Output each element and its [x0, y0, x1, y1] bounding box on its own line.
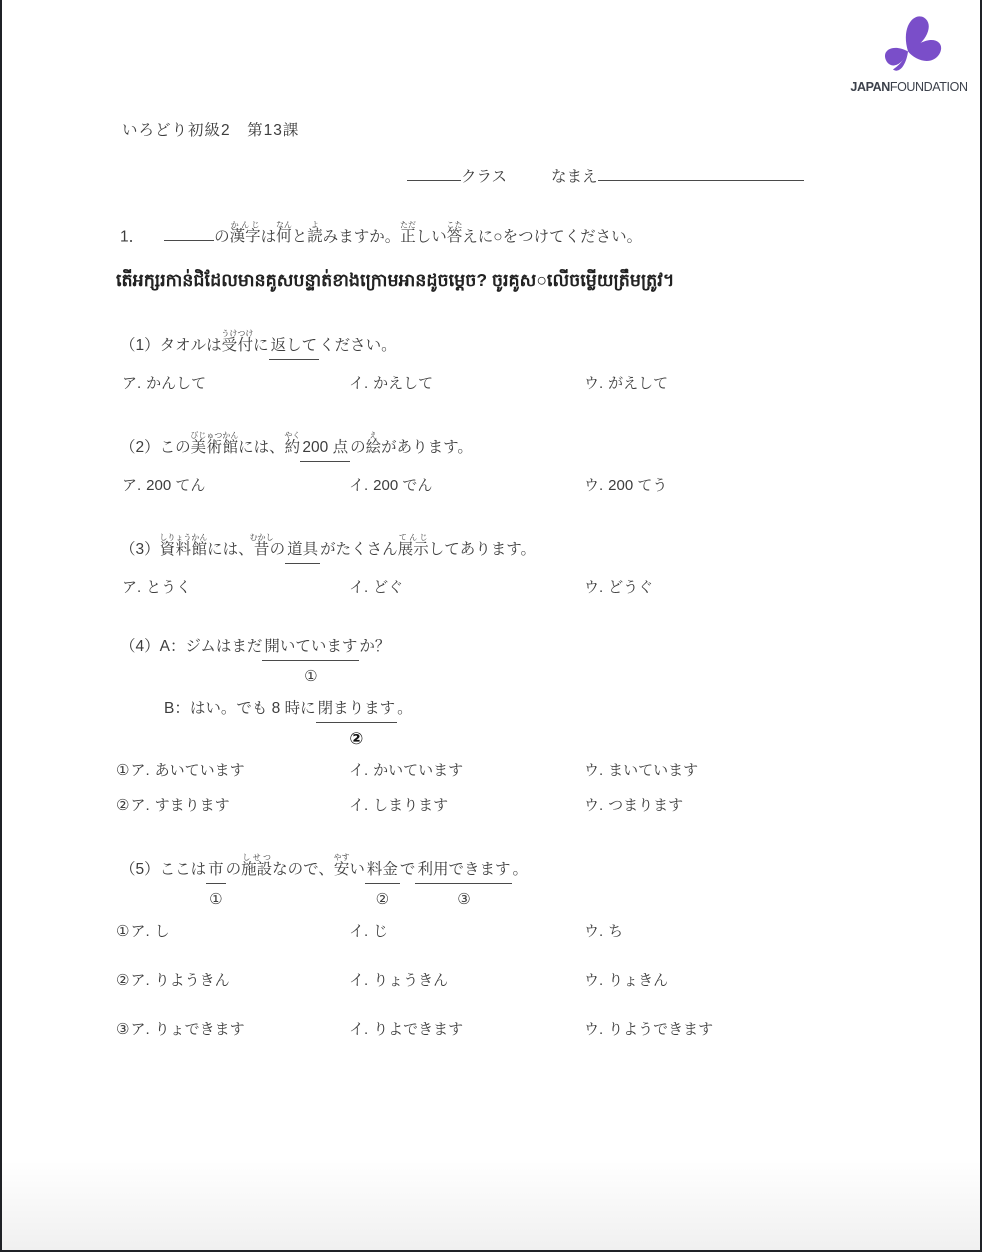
sentence-text: は — [261, 228, 277, 245]
question-sentence: （3）資料館しりょうかんには、昔むかしの道具がたくさん展示てんじしてあります。 — [2, 533, 980, 564]
answer-options-row: ア.とうくイ.どぐウ.どうぐ — [2, 576, 980, 597]
answer-option: ウ.ち — [584, 920, 623, 941]
japan-foundation-logo: JAPANFOUNDATION — [848, 10, 970, 94]
ruby-annotated-text: 展示てんじ — [398, 541, 429, 558]
sentence-text: えに○をつけてください。 — [462, 228, 642, 245]
option-reading-text: すまります — [155, 797, 230, 814]
option-key-label: ウ. — [584, 579, 603, 596]
option-reading-text: 200 でん — [373, 477, 432, 494]
question-item: （3）資料館しりょうかんには、昔むかしの道具がたくさん展示てんじしてあります。ア… — [2, 533, 980, 597]
ruby-annotated-text: 昔むかし — [254, 541, 270, 558]
option-reading-text: 200 てう — [608, 477, 667, 494]
answer-option: ア.とうく — [122, 576, 349, 597]
sentence-text: 200 点 — [302, 439, 348, 456]
answer-option: ウ.200 てう — [584, 474, 667, 495]
underlined-target-word: 料金② — [365, 858, 400, 884]
option-key-label: イ. — [349, 1021, 368, 1038]
option-reading-text: どうぐ — [608, 579, 653, 596]
ruby-annotated-text: 読よ — [307, 228, 323, 245]
sentence-text: B：はい。でも 8 時に — [164, 700, 316, 717]
answer-option: イ.どぐ — [349, 576, 584, 597]
option-key-label: ウ. — [584, 797, 603, 814]
answer-option: ①ア.し — [122, 920, 349, 941]
circled-number-prefix: ② — [116, 972, 129, 989]
option-reading-text: どぐ — [373, 579, 403, 596]
option-key-label: ウ. — [584, 923, 603, 940]
sentence-text: （3） — [120, 541, 160, 558]
question-item: （2）この美術館びじゅつかんには、約やく200 点の絵えがあります。ア.200 … — [2, 431, 980, 495]
option-key-label: ウ. — [584, 477, 603, 494]
sentence-text: 利用できます — [417, 861, 510, 878]
option-key-label: ウ. — [584, 762, 603, 779]
sentence-text: なので、 — [272, 861, 334, 878]
logo-text-foundation: FOUNDATION — [890, 80, 968, 94]
option-reading-text: 200 てん — [146, 477, 205, 494]
answer-option: ③ア.りょできます — [122, 1018, 349, 1039]
class-name-line: クラスなまえ — [407, 164, 980, 186]
option-key-label: ア. — [122, 477, 141, 494]
answer-option: イ.りよできます — [349, 1018, 584, 1039]
answer-option: イ.しまります — [349, 794, 584, 815]
answer-options-row: ②ア.りようきんイ.りょうきんウ.りょきん — [2, 969, 980, 990]
option-reading-text: つまります — [608, 797, 683, 814]
ruby-annotated-text: 美術館びじゅつかん — [191, 439, 239, 456]
ruby-annotated-text: 絵え — [366, 439, 382, 456]
option-reading-text: あいています — [155, 762, 245, 779]
answer-option: ア.200 てん — [122, 474, 349, 495]
option-key-label: イ. — [349, 477, 368, 494]
option-reading-text: りよできます — [373, 1021, 463, 1038]
sentence-text: 。 — [397, 700, 413, 717]
sentence-text: い — [349, 861, 365, 878]
ruby-annotated-text: 正ただ — [400, 228, 416, 245]
circled-number-marker: ① — [304, 665, 317, 688]
sentence-text: の — [214, 228, 230, 245]
sentence-text: の — [350, 439, 366, 456]
question-sentence: （1）タオルは受付うけつけに返してください。 — [2, 329, 980, 360]
option-reading-text: かえして — [373, 375, 433, 392]
option-reading-text: ち — [608, 923, 623, 940]
answer-option: イ.りょうきん — [349, 969, 584, 990]
circled-number-prefix: ② — [116, 797, 129, 814]
sentence-text: に — [253, 337, 269, 354]
sentence-text: には、 — [238, 439, 285, 456]
circled-number-marker: ② — [349, 727, 363, 753]
task-1-prompt: 1．の漢字かんじは何なんと読よみますか。正ただしい答こたえに○をつけてください。 — [120, 220, 980, 248]
sentence-text: 1． — [120, 228, 144, 245]
ruby-annotated-text: 受付うけつけ — [222, 337, 254, 354]
question-sentence: （4）A：ジムはまだ開いています①か？ — [2, 635, 980, 661]
answer-options-row: ①ア.あいていますイ.かいていますウ.まいています — [2, 759, 980, 780]
underlined-target-word: 市① — [206, 858, 226, 884]
underlined-target-word: 閉まります② — [316, 697, 398, 723]
option-reading-text: しまります — [373, 797, 448, 814]
option-key-label: ア. — [122, 579, 141, 596]
option-key-label: イ. — [349, 762, 368, 779]
underlined-target-word: 道具 — [285, 538, 320, 564]
answer-option: ウ.りようできます — [584, 1018, 713, 1039]
option-reading-text: とうく — [146, 579, 191, 596]
sentence-text: クラス — [461, 168, 507, 185]
logo-wordmark: JAPANFOUNDATION — [848, 80, 970, 94]
sentence-text: ください。 — [319, 337, 397, 354]
worksheet-page: JAPANFOUNDATION いろどり初級2 第13課 クラスなまえ 1．の漢… — [0, 0, 982, 1252]
answer-option: ア.かんして — [122, 372, 349, 393]
sentence-text: （5）ここは — [120, 861, 206, 878]
option-key-label: イ. — [349, 923, 368, 940]
option-reading-text: かいています — [373, 762, 463, 779]
sentence-text: の — [270, 541, 286, 558]
answer-option: ①ア.あいています — [122, 759, 349, 780]
option-reading-text: まいています — [608, 762, 698, 779]
answer-option: ②ア.りようきん — [122, 969, 349, 990]
sentence-text: みますか。 — [323, 228, 401, 245]
option-key-label: ア. — [122, 375, 141, 392]
circled-number-marker: ① — [209, 888, 222, 911]
answer-option: イ.かいています — [349, 759, 584, 780]
option-key-label: イ. — [349, 972, 368, 989]
answer-options-row: ア.200 てんイ.200 でんウ.200 てう — [2, 474, 980, 495]
spacer — [144, 240, 164, 241]
sentence-text: 。 — [512, 861, 528, 878]
answer-option: ウ.りょきん — [584, 969, 668, 990]
answer-option: ②ア.すまります — [122, 794, 349, 815]
question-item: （1）タオルは受付うけつけに返してください。ア.かんしてイ.かえしてウ.がえして — [2, 329, 980, 393]
sentence-text: がたくさん — [320, 541, 398, 558]
answer-option: イ.かえして — [349, 372, 584, 393]
fill-in-blank-line — [164, 224, 214, 241]
question-sentence: B：はい。でも 8 時に閉まります②。 — [2, 697, 980, 723]
question-sentence: （5）ここは市①の施設しせつなので、安やすい料金②で利用できます③。 — [2, 853, 980, 884]
sentence-text: の — [226, 861, 242, 878]
sentence-text: か？ — [359, 638, 390, 655]
sentence-text: （1）タオルは — [120, 337, 222, 354]
sentence-text: 返して — [271, 337, 318, 354]
circled-number-marker: ② — [376, 888, 389, 911]
sentence-text: 閉まります — [318, 700, 396, 717]
underlined-target-word: 利用できます③ — [415, 858, 512, 884]
answer-options-row: ③ア.りょできますイ.りよできますウ.りようできます — [2, 1018, 980, 1039]
option-reading-text: りょうきん — [373, 972, 448, 989]
answer-options-row: ア.かんしてイ.かえしてウ.がえして — [2, 372, 980, 393]
option-key-label: ア. — [130, 1021, 149, 1038]
sentence-text: があります。 — [381, 439, 473, 456]
option-reading-text: し — [155, 923, 170, 940]
answer-options-row: ①ア.しイ.じウ.ち — [2, 920, 980, 941]
option-key-label: ウ. — [584, 375, 603, 392]
circled-number-marker: ③ — [457, 888, 470, 911]
option-reading-text: りようできます — [608, 1021, 713, 1038]
option-key-label: ア. — [130, 797, 149, 814]
fill-in-blank-line — [598, 164, 804, 181]
sentence-text: しい — [416, 228, 447, 245]
option-reading-text: りょできます — [155, 1021, 245, 1038]
japan-foundation-butterfly-icon — [876, 10, 942, 78]
ruby-annotated-text: 施設しせつ — [241, 861, 272, 878]
answer-option: ウ.がえして — [584, 372, 668, 393]
circled-number-prefix: ③ — [116, 1021, 129, 1038]
spacer — [507, 180, 551, 181]
sentence-text: してあります。 — [429, 541, 536, 558]
underlined-target-word: 開いています① — [262, 635, 359, 661]
sentence-text: 市 — [208, 861, 224, 878]
sentence-text: には、 — [207, 541, 254, 558]
option-reading-text: がえして — [608, 375, 668, 392]
khmer-instruction: តើអក្សរកាន់ជិដែលមានគូសបន្ទាត់ខាងក្រោមអាន… — [116, 269, 980, 295]
underlined-target-word: 200 点 — [300, 436, 350, 462]
option-reading-text: かんして — [146, 375, 206, 392]
logo-text-japan: JAPAN — [850, 80, 889, 94]
answer-options-row: ②ア.すまりますイ.しまりますウ.つまります — [2, 794, 980, 815]
answer-option: ウ.つまります — [584, 794, 683, 815]
option-reading-text: りょきん — [608, 972, 668, 989]
answer-option: ウ.まいています — [584, 759, 698, 780]
option-reading-text: じ — [373, 923, 388, 940]
ruby-annotated-text: 何なん — [276, 228, 292, 245]
question-sentence: （2）この美術館びじゅつかんには、約やく200 点の絵えがあります。 — [2, 431, 980, 462]
ruby-annotated-text: 答こた — [447, 228, 463, 245]
sentence-text: なまえ — [551, 168, 598, 185]
ruby-annotated-text: 漢字かんじ — [230, 228, 261, 245]
answer-option: ウ.どうぐ — [584, 576, 653, 597]
option-key-label: イ. — [349, 375, 368, 392]
option-key-label: ア. — [130, 923, 149, 940]
option-key-label: ウ. — [584, 972, 603, 989]
sentence-text: 開いています — [264, 638, 357, 655]
circled-number-prefix: ① — [116, 762, 129, 779]
question-item: （4）A：ジムはまだ開いています①か？B：はい。でも 8 時に閉まります②。①ア… — [2, 635, 980, 815]
option-reading-text: りようきん — [155, 972, 230, 989]
ruby-annotated-text: 資料館しりょうかん — [160, 541, 208, 558]
sentence-text: 料金 — [367, 861, 398, 878]
option-key-label: イ. — [349, 797, 368, 814]
circled-number-prefix: ① — [116, 923, 129, 940]
option-key-label: ア. — [130, 972, 149, 989]
answer-option: イ.200 でん — [349, 474, 584, 495]
option-key-label: ア. — [130, 762, 149, 779]
sentence-text: と — [292, 228, 308, 245]
option-key-label: イ. — [349, 579, 368, 596]
sentence-text: （2）この — [120, 439, 191, 456]
answer-option: イ.じ — [349, 920, 584, 941]
underlined-target-word: 返して — [269, 334, 320, 360]
sentence-text: （4）A：ジムはまだ — [120, 638, 262, 655]
fill-in-blank-line — [407, 164, 461, 181]
question-item: （5）ここは市①の施設しせつなので、安やすい料金②で利用できます③。①ア.しイ.… — [2, 853, 980, 1039]
ruby-annotated-text: 安やす — [334, 861, 350, 878]
sentence-text: で — [400, 861, 416, 878]
ruby-annotated-text: 約やく — [285, 439, 301, 456]
option-key-label: ウ. — [584, 1021, 603, 1038]
sentence-text: 道具 — [287, 541, 318, 558]
questions-list: （1）タオルは受付うけつけに返してください。ア.かんしてイ.かえしてウ.がえして… — [2, 329, 980, 1039]
